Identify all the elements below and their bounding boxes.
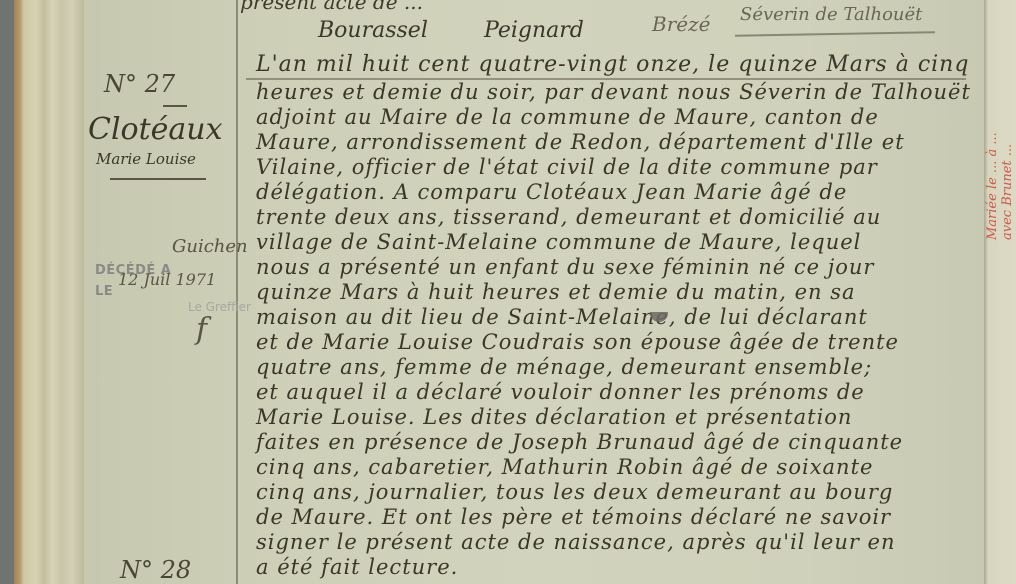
signature-3: Brézé: [652, 12, 710, 36]
body-line-6: délégation. A comparu Clotéaux Jean Mari…: [256, 180, 847, 204]
body-line-21: a été fait lecture.: [256, 555, 458, 579]
death-stamp-line2: LE: [95, 284, 113, 299]
entry-number-28: N° 28: [120, 556, 191, 584]
body-line-13: quatre ans, femme de ménage, demeurant e…: [256, 355, 872, 379]
death-place: Guichen: [172, 236, 248, 257]
death-date: 12 Juil 1971: [118, 270, 216, 289]
signature-1: Bourassel: [318, 18, 428, 43]
body-line-7: trente deux ans, tisserand, demeurant et…: [256, 205, 881, 229]
body-line-5: Vilaine, officier de l'état civil de la …: [256, 155, 878, 179]
red-annotation-1: Mariée le ... à ...: [985, 20, 1000, 240]
red-annotation-2: avec Brunet ...: [1000, 0, 1015, 240]
body-line-3: adjoint au Maire de la commune de Maure,…: [256, 105, 879, 129]
body-line-17: cinq ans, cabaretier, Mathurin Robin âgé…: [256, 455, 873, 479]
body-line-18: cinq ans, journalier, tous les deux deme…: [256, 480, 893, 504]
body-line-16: faites en présence de Joseph Brunaud âgé…: [256, 430, 903, 454]
body-line-4: Maure, arrondissement de Redon, départem…: [256, 130, 905, 154]
body-line-15: Marie Louise. Les dites déclaration et p…: [256, 405, 852, 429]
signature-2: Peignard: [484, 18, 584, 43]
body-line-20: signer le présent acte de naissance, apr…: [256, 530, 896, 554]
body-line-12: et de Marie Louise Coudrais son épouse â…: [256, 330, 899, 354]
entry-given-names: Marie Louise: [96, 150, 196, 168]
name-underline: [110, 178, 206, 180]
entry-number-27: N° 27: [104, 70, 175, 98]
entry-surname: Clotéaux: [88, 112, 223, 147]
body-line-11: maison au dit lieu de Saint-Melaine, de …: [256, 305, 868, 329]
body-line-10: quinze Mars à huit heures et demie du ma…: [256, 280, 856, 304]
entry-number-underline: [163, 105, 187, 107]
page-edges: [14, 0, 84, 584]
margin-rule: [236, 0, 238, 584]
body-line-19: de Maure. Et ont les père et témoins déc…: [256, 505, 891, 529]
body-line-8: village de Saint-Melaine commune de Maur…: [256, 230, 861, 254]
body-line-14: et auquel il a déclaré vouloir donner le…: [256, 380, 865, 404]
paraph: f: [196, 312, 207, 347]
body-line-9: nous a présenté un enfant du sexe fémini…: [256, 255, 874, 279]
signature-4: Séverin de Talhouët: [740, 4, 922, 25]
body-line-2: heures et demie du soir, par devant nous…: [256, 80, 971, 104]
previous-entry-tail: présent acte de ...: [240, 0, 423, 14]
body-line-1: L'an mil huit cent quatre-vingt onze, le…: [256, 52, 969, 77]
